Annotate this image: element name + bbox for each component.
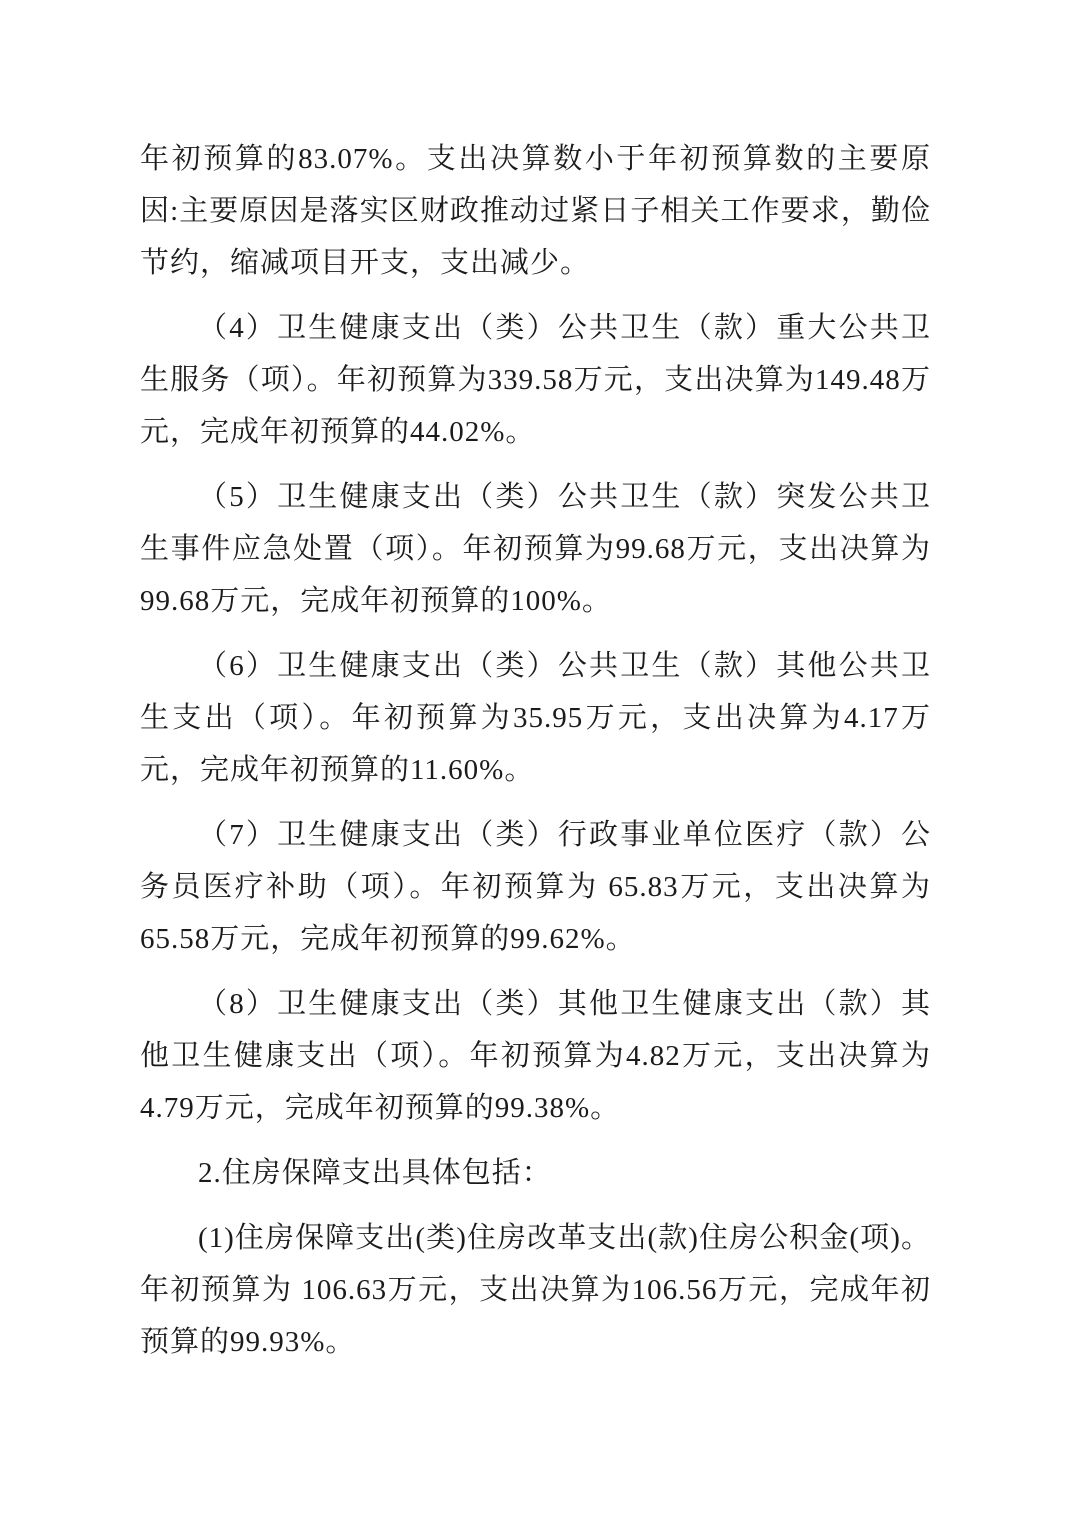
- document-page: 年初预算的83.07%。支出决算数小于年初预算数的主要原因:主要原因是落实区财政…: [0, 0, 1074, 1520]
- document-body: 年初预算的83.07%。支出决算数小于年初预算数的主要原因:主要原因是落实区财政…: [140, 133, 931, 1368]
- paragraph: (1)住房保障支出(类)住房改革支出(款)住房公积金(项)。年初预算为 106.…: [140, 1212, 931, 1368]
- paragraph: 年初预算的83.07%。支出决算数小于年初预算数的主要原因:主要原因是落实区财政…: [140, 133, 931, 289]
- paragraph: （7）卫生健康支出（类）行政事业单位医疗（款）公务员医疗补助（项）。年初预算为 …: [140, 809, 931, 965]
- paragraph: 2.住房保障支出具体包括：: [140, 1147, 931, 1199]
- paragraph: （6）卫生健康支出（类）公共卫生（款）其他公共卫生支出（项）。年初预算为35.9…: [140, 640, 931, 796]
- paragraph: （5）卫生健康支出（类）公共卫生（款）突发公共卫生事件应急处置（项）。年初预算为…: [140, 471, 931, 627]
- paragraph: （8）卫生健康支出（类）其他卫生健康支出（款）其他卫生健康支出（项）。年初预算为…: [140, 978, 931, 1134]
- paragraph: （4）卫生健康支出（类）公共卫生（款）重大公共卫生服务（项）。年初预算为339.…: [140, 302, 931, 458]
